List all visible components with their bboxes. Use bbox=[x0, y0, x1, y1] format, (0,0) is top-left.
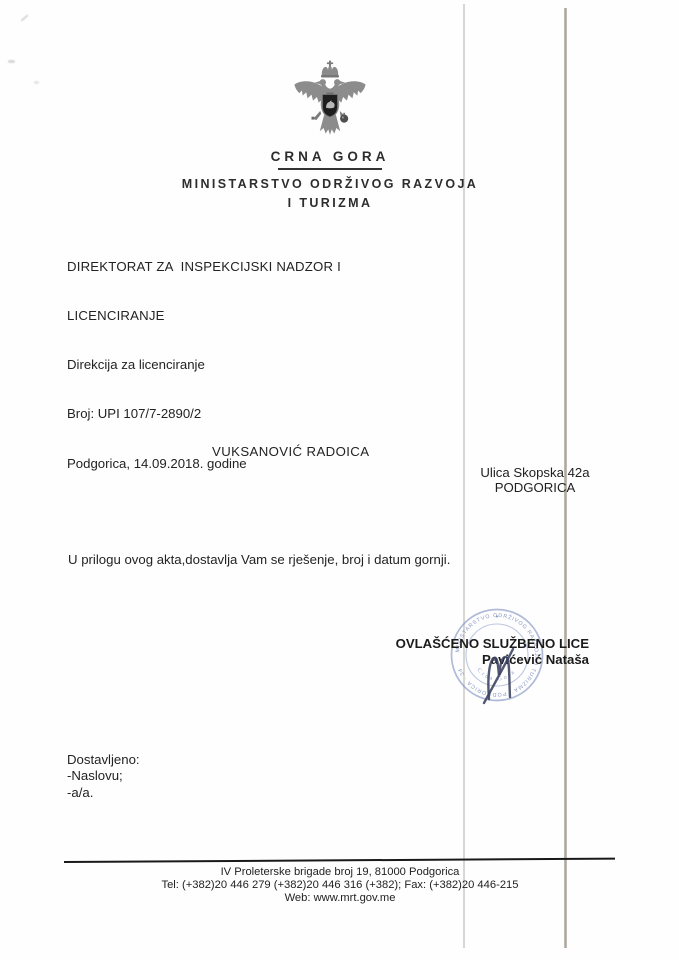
ministry-name-line1: MINISTARSTVO ODRŽIVOG RAZVOJA bbox=[150, 175, 510, 194]
sender-case-number: Broj: UPI 107/7-2890/2 bbox=[67, 406, 341, 422]
sender-directorate-line3: Direkcija za licenciranje bbox=[67, 357, 341, 373]
recipient-name: VUKSANOVIĆ RADOICA bbox=[212, 444, 369, 459]
footer-divider bbox=[64, 858, 615, 863]
footer-web: Web: www.mrt.gov.me bbox=[60, 892, 620, 905]
scan-speck bbox=[8, 60, 15, 63]
delivery-label: Dostavljeno: bbox=[67, 752, 140, 768]
delivery-item: -a/a. bbox=[67, 785, 140, 801]
footer-block: IV Proleterske brigade broj 19, 81000 Po… bbox=[60, 866, 620, 905]
header-divider bbox=[278, 168, 382, 170]
sender-block: DIREKTORAT ZA INSPEKCIJSKI NADZOR I LICE… bbox=[67, 226, 341, 505]
scan-speck bbox=[34, 81, 39, 84]
sender-directorate-line1: DIREKTORAT ZA INSPEKCIJSKI NADZOR I bbox=[67, 259, 341, 275]
delivery-block: Dostavljeno: -Naslovu; -a/a. bbox=[67, 752, 140, 801]
scan-speck bbox=[20, 14, 28, 21]
montenegro-coat-of-arms-icon bbox=[291, 60, 369, 148]
letterhead: CRNA GORA MINISTARSTVO ODRŽIVOG RAZVOJA … bbox=[150, 60, 510, 213]
footer-phone: Tel: (+382)20 446 279 (+382)20 446 316 (… bbox=[60, 879, 620, 892]
body-text: U prilogu ovog akta,dostavlja Vam se rje… bbox=[68, 552, 450, 567]
recipient-street: Ulica Skopska 42a bbox=[476, 465, 594, 480]
recipient-address: Ulica Skopska 42a PODGORICA bbox=[476, 465, 594, 495]
ministry-name-line2: I TURIZMA bbox=[150, 194, 510, 213]
scanned-letter-page: CRNA GORA MINISTARSTVO ODRŽIVOG RAZVOJA … bbox=[0, 0, 679, 960]
country-name: CRNA GORA bbox=[150, 149, 510, 164]
delivery-item: -Naslovu; bbox=[67, 768, 140, 784]
recipient-city: PODGORICA bbox=[476, 480, 594, 495]
handwritten-signature bbox=[455, 630, 535, 715]
footer-address: IV Proleterske brigade broj 19, 81000 Po… bbox=[60, 866, 620, 879]
sender-directorate-line2: LICENCIRANJE bbox=[67, 308, 341, 324]
